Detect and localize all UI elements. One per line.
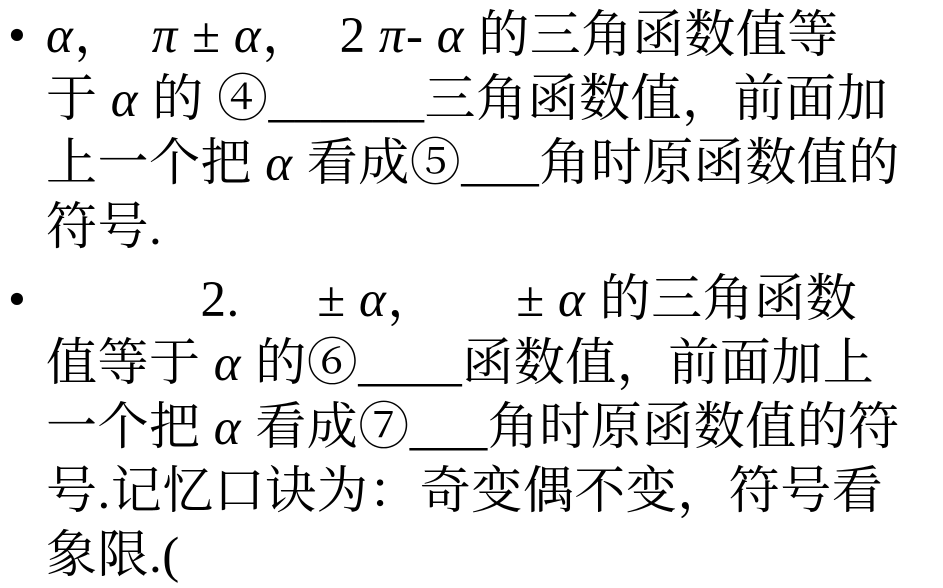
- text-line: 号.记忆口诀为：奇变偶不变，符号看: [46, 460, 943, 524]
- text-line: 象限.(: [46, 524, 943, 588]
- text-segment: 象限.(: [46, 528, 180, 584]
- bullet-icon: •: [8, 4, 26, 68]
- text-segment: ±: [179, 8, 234, 64]
- text-segment: 符号.: [46, 200, 162, 256]
- text-segment: -: [406, 8, 437, 64]
- math-symbol: π: [152, 8, 179, 64]
- text-segment: ， ±: [387, 272, 558, 328]
- text-line: 上一个把 α 看成⑤___角时原函数值的: [46, 132, 943, 196]
- text-segment: ，: [74, 8, 152, 64]
- math-symbol: π: [379, 8, 406, 64]
- math-symbol: α: [234, 8, 262, 64]
- text-segment: 的⑥____函数值，前面加上: [242, 336, 874, 392]
- text-segment: 看成⑤___角时原函数值的: [294, 136, 900, 192]
- math-symbol: α: [265, 136, 293, 192]
- text-segment: 的 ④______三角函数值，前面加: [139, 72, 888, 128]
- text-line: 符号.: [46, 196, 943, 260]
- bullet-text: 2. ± α， ± α 的三角函数值等于 α 的⑥____函数值，前面加上一个把…: [46, 268, 943, 588]
- math-symbol: α: [214, 400, 242, 456]
- text-segment: 上一个把: [46, 136, 265, 192]
- math-symbol: α: [359, 272, 387, 328]
- text-segment: 2. ±: [46, 272, 359, 328]
- math-symbol: α: [111, 72, 139, 128]
- text-line: 于 α 的 ④______三角函数值，前面加: [46, 68, 943, 132]
- document-page: •α， π ± α， 2 π- α 的三角函数值等于 α 的 ④______三角…: [0, 0, 943, 588]
- math-symbol: α: [558, 272, 586, 328]
- text-segment: 的三角函数值等: [465, 8, 839, 64]
- math-symbol: α: [46, 8, 74, 64]
- bullet-item-2: • 2. ± α， ± α 的三角函数值等于 α 的⑥____函数值，前面加上一…: [0, 268, 943, 588]
- text-segment: 一个把: [46, 400, 214, 456]
- text-line: 2. ± α， ± α 的三角函数: [46, 268, 943, 332]
- math-symbol: α: [214, 336, 242, 392]
- text-line: 值等于 α 的⑥____函数值，前面加上: [46, 332, 943, 396]
- bullet-icon: •: [8, 268, 26, 332]
- text-segment: 的三角函数: [586, 272, 857, 328]
- math-symbol: α: [437, 8, 465, 64]
- text-segment: ， 2: [262, 8, 379, 64]
- text-segment: 号.记忆口诀为：奇变偶不变，符号看: [46, 464, 883, 520]
- bullet-item-1: •α， π ± α， 2 π- α 的三角函数值等于 α 的 ④______三角…: [0, 4, 943, 260]
- text-segment: 值等于: [46, 336, 214, 392]
- text-segment: 看成⑦___角时原函数值的符: [242, 400, 900, 456]
- text-line: 一个把 α 看成⑦___角时原函数值的符: [46, 396, 943, 460]
- bullet-text: α， π ± α， 2 π- α 的三角函数值等于 α 的 ④______三角函…: [46, 4, 943, 260]
- text-line: α， π ± α， 2 π- α 的三角函数值等: [46, 4, 943, 68]
- text-segment: 于: [46, 72, 111, 128]
